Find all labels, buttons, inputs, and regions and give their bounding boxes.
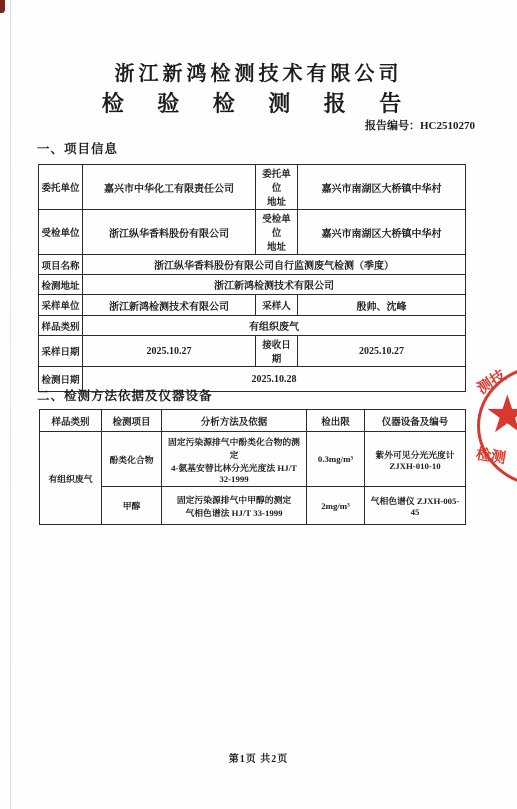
project-name-value: 浙江纵华香料股份有限公司自行监测废气检测（季度） — [83, 255, 466, 275]
table-header-row: 样品类别 检测项目 分析方法及依据 检出限 仪器设备及编号 — [40, 410, 466, 432]
instrument-cell: 气相色谱仪 ZJXH-005-45 — [365, 487, 466, 525]
table-row: 检测地址 浙江新鸿检测技术有限公司 — [39, 275, 466, 295]
sampling-unit-label: 采样单位 — [39, 295, 83, 316]
test-item-cell: 酚类化合物 — [102, 432, 162, 487]
section1-heading: 一、项目信息 — [37, 139, 118, 157]
th-instrument: 仪器设备及编号 — [365, 410, 466, 432]
detection-limit-cell: 2mg/m³ — [307, 487, 365, 525]
seal-star-icon: ★ — [484, 389, 517, 441]
seal-text-bottom: 检测 — [475, 443, 507, 468]
entrust-unit-label: 委托单位 — [39, 165, 83, 210]
project-name-label: 项目名称 — [39, 255, 83, 275]
table-row: 采样单位 浙江新鸿检测技术有限公司 采样人 殷帅、沈峰 — [39, 295, 466, 316]
method-instrument-table: 样品类别 检测项目 分析方法及依据 检出限 仪器设备及编号 有组织废气 酚类化合… — [39, 409, 466, 525]
page-edge-line — [10, 0, 11, 809]
table-row: 有组织废气 酚类化合物 固定污染源排气中酚类化合物的测定 4-氨基安替比林分光光… — [40, 432, 466, 487]
th-test-item: 检测项目 — [102, 410, 162, 432]
inspected-address-label: 受检单位 地址 — [256, 210, 298, 255]
sampling-date-value: 2025.10.27 — [83, 336, 256, 367]
table-row: 项目名称 浙江纵华香料股份有限公司自行监测废气检测（季度） — [39, 255, 466, 275]
sample-category-cell: 有组织废气 — [40, 432, 102, 525]
entrust-address-value: 嘉兴市南湖区大桥镇中华村 — [298, 165, 466, 210]
project-info-table: 委托单位 嘉兴市中华化工有限责任公司 委托单位 地址 嘉兴市南湖区大桥镇中华村 … — [38, 164, 466, 392]
method-cell: 固定污染源排气中甲醇的测定 气相色谱法 HJ/T 33-1999 — [162, 487, 307, 525]
scan-corner-mark — [0, 0, 5, 13]
table-row: 采样日期 2025.10.27 接收日期 2025.10.27 — [39, 336, 466, 367]
report-number-label: 报告编号： — [365, 120, 420, 132]
sample-category-value: 有组织废气 — [83, 316, 466, 336]
th-method: 分析方法及依据 — [162, 410, 307, 432]
sampling-unit-value: 浙江新鸿检测技术有限公司 — [83, 295, 256, 316]
table-row: 委托单位 嘉兴市中华化工有限责任公司 委托单位 地址 嘉兴市南湖区大桥镇中华村 — [39, 165, 466, 210]
page-footer: 第1页 共2页 — [0, 750, 517, 765]
method-cell: 固定污染源排气中酚类化合物的测定 4-氨基安替比林分光光度法 HJ/T 32-1… — [162, 432, 307, 487]
report-number-value: HC2510270 — [420, 120, 475, 132]
section2-heading: 二、检测方法依据及仪器设备 — [37, 386, 213, 404]
test-address-value: 浙江新鸿检测技术有限公司 — [83, 275, 466, 295]
red-seal-stamp: ★ 测技 检测 — [475, 362, 517, 490]
table-row: 甲醇 固定污染源排气中甲醇的测定 气相色谱法 HJ/T 33-1999 2mg/… — [40, 487, 466, 525]
test-item-cell: 甲醇 — [102, 487, 162, 525]
table-row: 样品类别 有组织废气 — [39, 316, 466, 336]
test-address-label: 检测地址 — [39, 275, 83, 295]
seal-text-top: 测技 — [475, 365, 509, 399]
inspected-address-value: 嘉兴市南湖区大桥镇中华村 — [298, 210, 466, 255]
th-sample-category: 样品类别 — [40, 410, 102, 432]
sampling-date-label: 采样日期 — [39, 336, 83, 367]
th-detection-limit: 检出限 — [307, 410, 365, 432]
seal-circle — [477, 365, 517, 487]
entrust-unit-value: 嘉兴市中华化工有限责任公司 — [83, 165, 256, 210]
sampler-value: 殷帅、沈峰 — [298, 295, 466, 316]
sampler-label: 采样人 — [256, 295, 298, 316]
inspected-unit-value: 浙江纵华香料股份有限公司 — [83, 210, 256, 255]
report-number: 报告编号：HC2510270 — [365, 117, 475, 133]
company-name: 浙江新鸿检测技术有限公司 — [0, 57, 517, 86]
report-title: 检 验 检 测 报 告 — [0, 87, 517, 118]
sample-category-label: 样品类别 — [39, 316, 83, 336]
entrust-address-label: 委托单位 地址 — [256, 165, 298, 210]
table-row: 受检单位 浙江纵华香料股份有限公司 受检单位 地址 嘉兴市南湖区大桥镇中华村 — [39, 210, 466, 255]
instrument-cell: 紫外可见分光光度计 ZJXH-010-10 — [365, 432, 466, 487]
receive-date-value: 2025.10.27 — [298, 336, 466, 367]
detection-limit-cell: 0.3mg/m³ — [307, 432, 365, 487]
inspected-unit-label: 受检单位 — [39, 210, 83, 255]
receive-date-label: 接收日期 — [256, 336, 298, 367]
